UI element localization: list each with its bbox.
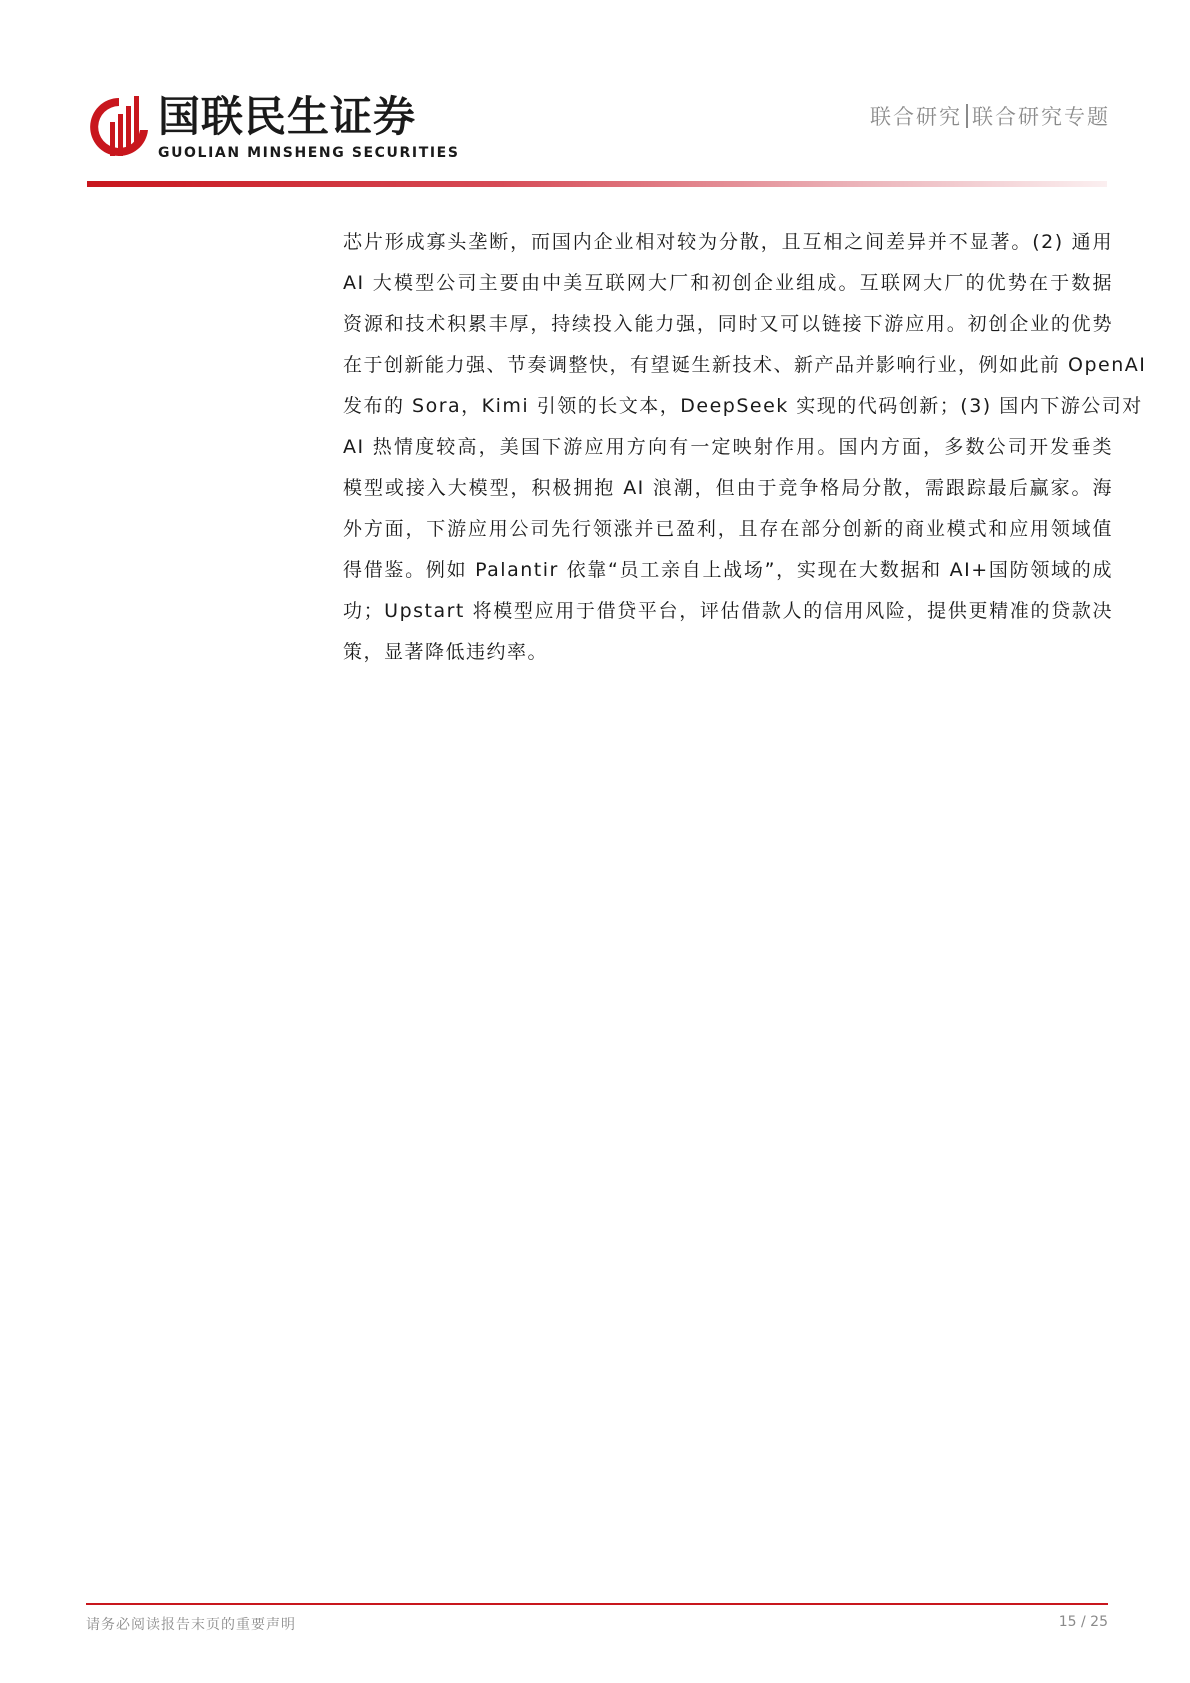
page-header: 国联民生证券 GUOLIAN MINSHENG SECURITIES 联合研究联…: [0, 0, 1190, 200]
footer-disclaimer: 请务必阅读报告末页的重要声明: [86, 1614, 296, 1634]
footer-rule: [86, 1603, 1108, 1605]
paragraph: 芯片形成寡头垄断，而国内企业相对较为分散，且互相之间差异并不显著。(2) 通用 …: [343, 222, 1113, 673]
section-tag: 联合研究联合研究专题: [870, 104, 1110, 130]
section-right: 联合研究专题: [972, 105, 1110, 129]
page-number: 15 / 25: [1059, 1614, 1108, 1630]
brand-name-en: GUOLIAN MINSHENG SECURITIES: [158, 145, 460, 161]
text-line: 发布的 Sora，Kimi 引领的长文本，DeepSeek 实现的代码创新；(3…: [343, 386, 1113, 427]
text-line: 外方面，下游应用公司先行领涨并已盈利，且存在部分创新的商业模式和应用领域值: [343, 509, 1113, 550]
section-divider: [966, 104, 968, 128]
body-text: 芯片形成寡头垄断，而国内企业相对较为分散，且互相之间差异并不显著。(2) 通用 …: [343, 222, 1113, 673]
text-line: 资源和技术积累丰厚，持续投入能力强，同时又可以链接下游应用。初创企业的优势: [343, 304, 1113, 345]
text-line: 策，显著降低违约率。: [343, 632, 1113, 673]
text-line: AI 大模型公司主要由中美互联网大厂和初创企业组成。互联网大厂的优势在于数据: [343, 263, 1113, 304]
text-line: 在于创新能力强、节奏调整快，有望诞生新技术、新产品并影响行业，例如此前 Open…: [343, 345, 1113, 386]
text-line: 模型或接入大模型，积极拥抱 AI 浪潮，但由于竞争格局分散，需跟踪最后赢家。海: [343, 468, 1113, 509]
brand-name-cn: 国联民生证券: [158, 94, 416, 140]
text-line: 功；Upstart 将模型应用于借贷平台，评估借款人的信用风险，提供更精准的贷款…: [343, 591, 1113, 632]
text-line: AI 热情度较高，美国下游应用方向有一定映射作用。国内方面，多数公司开发垂类: [343, 427, 1113, 468]
section-left: 联合研究: [870, 105, 962, 129]
header-rule: [87, 181, 1107, 187]
text-line: 得借鉴。例如 Palantir 依靠“员工亲自上战场”，实现在大数据和 AI+国…: [343, 550, 1113, 591]
guolian-minsheng-logo-icon: [84, 92, 154, 162]
text-line: 芯片形成寡头垄断，而国内企业相对较为分散，且互相之间差异并不显著。(2) 通用: [343, 222, 1113, 263]
